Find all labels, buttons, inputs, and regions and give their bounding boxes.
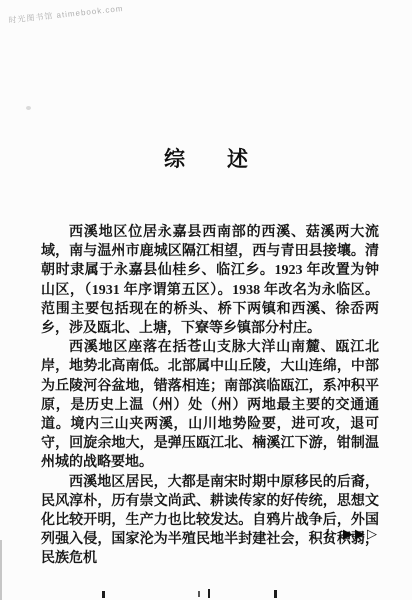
watermark-text: 时光图书馆 atimebook.com (8, 3, 124, 26)
scan-mark-artifact (198, 591, 200, 597)
page-title: 综 述 (0, 143, 412, 173)
right-triangle-filled-icon: ▶ (355, 528, 365, 541)
body-text-block: 西溪地区位居永嘉县西南部的西溪、菇溪两大流域，南与温州市鹿城区隔江相望，西与青田… (41, 223, 379, 569)
right-triangle-outline-icon: ▷ (367, 528, 377, 541)
paragraph-2: 西溪地区座落在括苍山支脉大洋山南麓、瓯江北岸，地势北高南低。北部属中山丘陵，大山… (41, 338, 379, 472)
scan-smudge-artifact (26, 106, 31, 110)
right-triangle-filled-icon: ▶ (343, 528, 353, 541)
page-footer-pager: 1 ▶ ▶ ▷ (324, 526, 378, 543)
scan-mark-artifact (102, 591, 105, 598)
paragraph-1: 西溪地区位居永嘉县西南部的西溪、菇溪两大流域，南与温州市鹿城区隔江相望，西与青田… (41, 223, 379, 338)
book-page: 时光图书馆 atimebook.com 综 述 西溪地区位居永嘉县西南部的西溪、… (0, 0, 412, 600)
page-number: 1 (324, 526, 332, 543)
scan-mark-artifact (208, 589, 210, 598)
scan-edge-artifact (0, 540, 2, 600)
scan-mark-artifact (274, 590, 277, 598)
paragraph-3: 西溪地区居民，大都是南宋时期中原移民的后裔，民风淳朴，历有崇文尚武、耕读传家的好… (41, 473, 379, 569)
